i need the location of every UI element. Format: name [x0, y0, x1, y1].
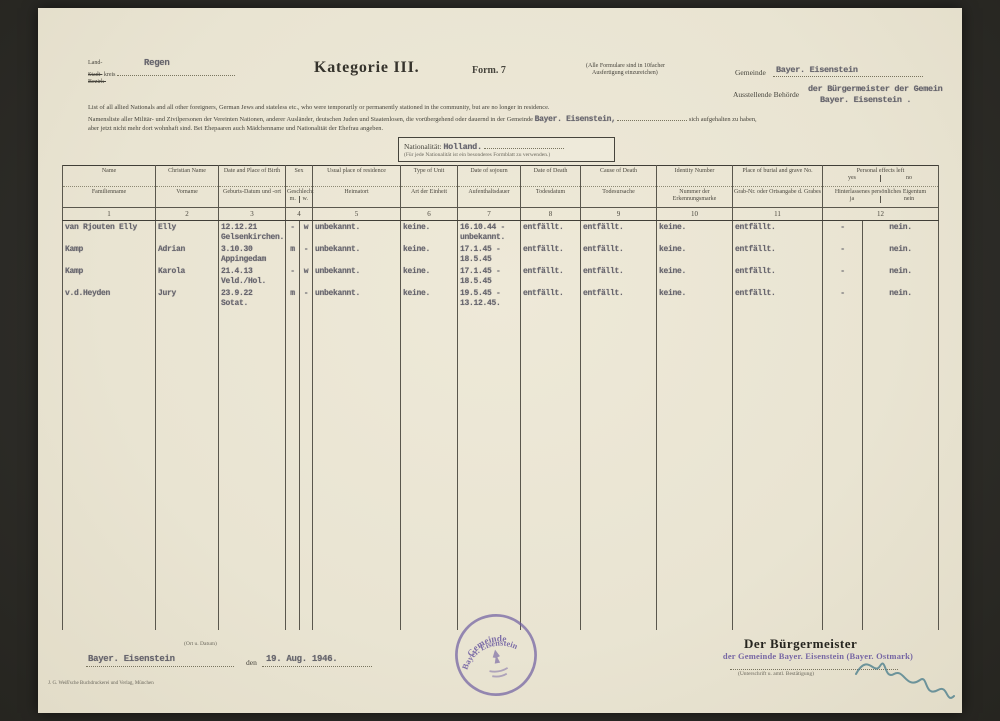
col-num-4: 4 — [286, 208, 313, 221]
footer-date-dotted-line — [262, 658, 372, 667]
cell-sex_m: m — [286, 287, 300, 309]
cell-birth: 3.10.30Appingedam — [219, 243, 286, 265]
col-header-christian-name: Christian Name Vorname — [156, 166, 219, 208]
round-stamp-text2: Bayer. Eisenstein — [457, 635, 523, 672]
cell-burial: entfällt. — [733, 221, 823, 244]
col-num-10: 10 — [657, 208, 733, 221]
col-num-1: 1 — [63, 208, 156, 221]
col-sojourn-en: Date of sojourn — [458, 166, 520, 187]
col-header-death-cause: Cause of Death Todesursache — [581, 166, 657, 208]
district-label-kreis-text: kreis — [104, 72, 116, 78]
col-burial-de: Grab-Nr. oder Ortsangabe d. Grabes — [733, 187, 822, 207]
cell-effects_ja: - — [823, 265, 863, 287]
cell-identity: keine. — [657, 221, 733, 244]
cell-death: entfällt. — [521, 265, 581, 287]
col-num-2: 2 — [156, 208, 219, 221]
col-num-8: 8 — [521, 208, 581, 221]
cell-sex_w: w — [300, 265, 313, 287]
cell-identity: keine. — [657, 243, 733, 265]
district-label-stadt-struck: Stadt- — [88, 72, 102, 78]
cell-sojourn: 17.1.45 -18.5.45 — [458, 243, 521, 265]
col-num-3: 3 — [219, 208, 286, 221]
signature — [828, 646, 978, 708]
cell-effects_ja: - — [823, 221, 863, 244]
document-sheet: Land- Stadt- kreis Bezirk- Regen Kategor… — [38, 8, 962, 713]
cell-effects_ja: - — [823, 243, 863, 265]
cell-vorname: Elly — [156, 221, 219, 244]
table-row: van Rjouten EllyElly12.12.21Gelsenkirche… — [63, 221, 939, 244]
col-header-birth: Date and Place of Birth Geburts-Datum un… — [219, 166, 286, 208]
col-effects-de-label: Hinterlassenes persönliches Eigentum — [824, 189, 937, 196]
cell-name: Kamp — [63, 265, 156, 287]
svg-text:Bayer. Eisenstein: Bayer. Eisenstein — [457, 635, 523, 672]
col-name-en: Name — [63, 166, 155, 187]
col-christian-en: Christian Name — [156, 166, 218, 187]
col-effects-en: Personal effects left yes no — [823, 166, 938, 187]
place-date-caption: (Ort u. Datum) — [184, 641, 217, 648]
col-effects-ja: ja — [824, 196, 880, 203]
authority-value-line1: der Bürgermeister der Gemein — [808, 84, 942, 94]
cell-cause: entfällt. — [581, 287, 657, 309]
persons-table: Name Familienname Christian Name Vorname… — [62, 165, 939, 630]
cell-death: entfällt. — [521, 287, 581, 309]
cell-identity: keine. — [657, 287, 733, 309]
cell-effects_nein: nein. — [863, 243, 939, 265]
cell-residence: unbekannt. — [313, 221, 401, 244]
signature-graphic — [828, 646, 978, 708]
cell-sojourn: 16.10.44 -unbekannt. — [458, 221, 521, 244]
col-effects-en-label: Personal effects left — [824, 168, 937, 175]
cell-sex_w: - — [300, 243, 313, 265]
col-effects-de-split: ja nein — [824, 196, 937, 203]
cell-cause: entfällt. — [581, 265, 657, 287]
stamp-emblem — [491, 649, 501, 664]
authority-label: Ausstellende Behörde — [733, 90, 799, 99]
col-sex-m: m. — [287, 196, 299, 203]
col-header-burial: Place of burial and grave No. Grab-Nr. o… — [733, 166, 823, 208]
table-body: van Rjouten EllyElly12.12.21Gelsenkirche… — [63, 221, 939, 631]
cell-burial: entfällt. — [733, 243, 823, 265]
col-sex-split: m. w. — [287, 196, 311, 203]
intro-line2-post: sich aufgehalten zu haben, — [689, 116, 757, 123]
form-note-line1: (Alle Formulare sind in 10facher — [586, 63, 746, 70]
cell-name: van Rjouten Elly — [63, 221, 156, 244]
printer-imprint: J. G. Weiß'sche Buchdruckerei und Verlag… — [48, 681, 154, 686]
col-num-7: 7 — [458, 208, 521, 221]
col-effects-en-split: yes no — [824, 175, 937, 182]
footer-place-dotted-line — [86, 658, 234, 667]
table-header: Name Familienname Christian Name Vorname… — [63, 166, 939, 221]
signature-caption: (Unterschrift u. amtl. Bestätigung) — [738, 671, 814, 677]
desk-background: { "colors":{"paper":"#e9e4d2","ink":"#46… — [0, 0, 1000, 721]
col-header-sojourn: Date of sojourn Aufenthaltsdauer — [458, 166, 521, 208]
col-sex-de: Geschlecht m. w. — [286, 187, 312, 207]
col-unit-en: Type of Unit — [401, 166, 457, 187]
col-sex-en: Sex — [286, 166, 312, 187]
col-num-6: 6 — [401, 208, 458, 221]
district-label-bezirk-struck: Bezirk- — [88, 79, 278, 86]
col-effects-yes: yes — [824, 175, 880, 182]
col-cause-de: Todesursache — [581, 187, 656, 207]
cell-unit: keine. — [401, 243, 458, 265]
col-header-death-date: Date of Death Todesdatum — [521, 166, 581, 208]
cell-effects_nein: nein. — [863, 287, 939, 309]
gemeinde-label: Gemeinde — [735, 68, 766, 77]
cell-unit: keine. — [401, 221, 458, 244]
col-identity-en: Identity Number — [657, 166, 732, 187]
col-christian-de: Vorname — [156, 187, 218, 207]
col-effects-no: no — [880, 175, 937, 182]
district-label-land: Land- — [88, 60, 278, 67]
cell-identity: keine. — [657, 265, 733, 287]
cell-sex_w: w — [300, 221, 313, 244]
cell-birth: 23.9.22Sotat. — [219, 287, 286, 309]
cell-effects_nein: nein. — [863, 221, 939, 244]
col-unit-de: Art der Einheit — [401, 187, 457, 207]
cell-cause: entfällt. — [581, 221, 657, 244]
col-birth-en: Date and Place of Birth — [219, 166, 285, 187]
page-title: Kategorie III. — [314, 59, 419, 77]
intro-line3: aber jetzt nicht mehr dort wohnhaft sind… — [88, 124, 888, 133]
col-header-residence: Usual place of residence Heimatort — [313, 166, 401, 208]
district-dotted-line — [117, 67, 235, 76]
nationality-value: Holland. — [443, 142, 481, 152]
col-residence-de: Heimatort — [313, 187, 400, 207]
col-sojourn-de: Aufenthaltsdauer — [458, 187, 520, 207]
cell-birth: 12.12.21Gelsenkirchen. — [219, 221, 286, 244]
col-sex-de-label: Geschlecht — [287, 189, 311, 196]
nationality-label: Nationalität: — [404, 142, 442, 151]
form-number: Form. 7 — [472, 65, 506, 76]
col-effects-de: Hinterlassenes persönliches Eigentum ja … — [823, 187, 938, 207]
nationality-note: (Für jede Nationalität ist ein besondere… — [404, 152, 609, 159]
cell-vorname: Adrian — [156, 243, 219, 265]
district-value: Regen — [144, 58, 170, 68]
cell-vorname: Jury — [156, 287, 219, 309]
col-num-11: 11 — [733, 208, 823, 221]
form-note: (Alle Formulare sind in 10facher Ausfert… — [586, 63, 746, 77]
intro-line2-typed-value: Bayer. Eisenstein, — [535, 115, 616, 124]
cell-birth: 21.4.13Veld./Hol. — [219, 265, 286, 287]
col-header-name: Name Familienname — [63, 166, 156, 208]
table-empty-filler — [63, 309, 939, 630]
column-number-row: 1 2 3 4 5 6 7 8 9 10 11 12 — [63, 208, 939, 221]
round-stamp: Gemeinde Bayer. Eisenstein — [443, 602, 550, 709]
district-label-kreis: Stadt- kreis — [88, 67, 278, 79]
cell-residence: unbekannt. — [313, 243, 401, 265]
col-identity-de: Nummer der Erkennungsmarke — [657, 187, 732, 207]
col-burial-en: Place of burial and grave No. — [733, 166, 822, 187]
cell-residence: unbekannt. — [313, 287, 401, 309]
cell-sojourn: 19.5.45 -13.12.45. — [458, 287, 521, 309]
col-birth-de: Geburts-Datum und -ort — [219, 187, 285, 207]
cell-vorname: Karola — [156, 265, 219, 287]
intro-line2-dots — [617, 112, 687, 121]
cell-cause: entfällt. — [581, 243, 657, 265]
form-note-line2: Ausfertigung einzureichen) — [586, 70, 746, 77]
cell-sojourn: 17.1.45 -18.5.45 — [458, 265, 521, 287]
col-death-de: Todesdatum — [521, 187, 580, 207]
nationality-box: Nationalität: Holland. (Für jede Nationa… — [398, 137, 615, 162]
cell-unit: keine. — [401, 287, 458, 309]
cell-effects_ja: - — [823, 287, 863, 309]
intro-line1: List of all allied Nationals and all oth… — [88, 103, 888, 112]
col-cause-en: Cause of Death — [581, 166, 656, 187]
col-num-5: 5 — [313, 208, 401, 221]
cell-death: entfällt. — [521, 243, 581, 265]
cell-burial: entfällt. — [733, 265, 823, 287]
gemeinde-dotted-line — [773, 68, 923, 77]
round-stamp-graphic: Gemeinde Bayer. Eisenstein — [443, 602, 550, 709]
table-row: v.d.HeydenJury23.9.22Sotat.m-unbekannt.k… — [63, 287, 939, 309]
col-header-identity: Identity Number Nummer der Erkennungsmar… — [657, 166, 733, 208]
cell-sex_w: - — [300, 287, 313, 309]
col-name-de: Familienname — [63, 187, 155, 207]
nationality-dotted-line — [484, 140, 564, 149]
col-effects-nein: nein — [880, 196, 937, 203]
intro-line2-pre: Namensliste aller Militär- und Zivilpers… — [88, 116, 533, 123]
cell-unit: keine. — [401, 265, 458, 287]
cell-sex_m: - — [286, 265, 300, 287]
cell-sex_m: - — [286, 221, 300, 244]
intro-paragraph: List of all allied Nationals and all oth… — [88, 103, 888, 133]
col-num-9: 9 — [581, 208, 657, 221]
cell-sex_m: m — [286, 243, 300, 265]
intro-line2: Namensliste aller Militär- und Zivilpers… — [88, 112, 888, 124]
col-residence-en: Usual place of residence — [313, 166, 400, 187]
table-row: KampKarola21.4.13Veld./Hol.-wunbekannt.k… — [63, 265, 939, 287]
table-row: KampAdrian3.10.30Appingedamm-unbekannt.k… — [63, 243, 939, 265]
col-header-unit: Type of Unit Art der Einheit — [401, 166, 458, 208]
cell-residence: unbekannt. — [313, 265, 401, 287]
cell-name: v.d.Heyden — [63, 287, 156, 309]
col-header-effects: Personal effects left yes no Hinterlasse… — [823, 166, 939, 208]
cell-effects_nein: nein. — [863, 265, 939, 287]
col-death-en: Date of Death — [521, 166, 580, 187]
cell-death: entfällt. — [521, 221, 581, 244]
district-block: Land- Stadt- kreis Bezirk- — [88, 60, 278, 86]
nationality-row: Nationalität: Holland. — [404, 140, 609, 152]
col-sex-w: w. — [299, 196, 312, 203]
col-num-12: 12 — [823, 208, 939, 221]
cell-name: Kamp — [63, 243, 156, 265]
footer-den-label: den — [246, 658, 257, 667]
cell-burial: entfällt. — [733, 287, 823, 309]
col-header-sex: Sex Geschlecht m. w. — [286, 166, 313, 208]
